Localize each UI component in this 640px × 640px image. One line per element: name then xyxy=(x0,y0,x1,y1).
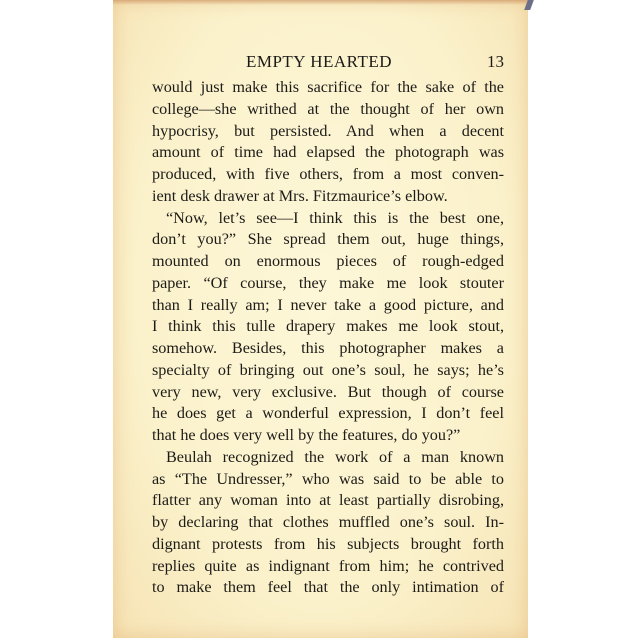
text-line: paper. “Of course, they make me look sto… xyxy=(152,273,504,295)
body-text: would just make this sacrifice for the s… xyxy=(152,77,504,599)
text-line: as “The Undresser,” who was said to be a… xyxy=(152,469,504,491)
text-line: to make them feel that the only intimati… xyxy=(152,577,504,599)
text-line: would just make this sacrifice for the s… xyxy=(152,77,504,99)
text-line: I think this tulle drapery makes me look… xyxy=(152,316,504,338)
paragraph-start-line: Beulah recognized the work of a man know… xyxy=(152,447,504,469)
running-title: EMPTY HEARTED xyxy=(152,52,504,72)
text-line: hypocrisy, but persisted. And when a dec… xyxy=(152,121,504,143)
running-head: EMPTY HEARTED 13 xyxy=(152,52,504,76)
text-line: somehow. Besides, this photographer make… xyxy=(152,338,504,360)
text-line: than I really am; I never take a good pi… xyxy=(152,295,504,317)
text-line: specialty of bringing out one’s soul, he… xyxy=(152,360,504,382)
text-line: by declaring that clothes muffled one’s … xyxy=(152,512,504,534)
text-line: that he does very well by the features, … xyxy=(152,425,504,447)
text-line: don’t you?” She spread them out, huge th… xyxy=(152,229,504,251)
text-line: college—she writhed at the thought of he… xyxy=(152,99,504,121)
text-line: flatter any woman into at least partiall… xyxy=(152,490,504,512)
book-page: EMPTY HEARTED 13 would just make this sa… xyxy=(113,0,528,638)
text-line: dignant protests from his subjects broug… xyxy=(152,534,504,556)
text-line: very new, very exclusive. But though of … xyxy=(152,382,504,404)
paragraph-start-line: “Now, let’s see—I think this is the best… xyxy=(152,208,504,230)
text-line: produced, with five others, from a most … xyxy=(152,164,504,186)
text-line: replies quite as indignant from him; he … xyxy=(152,556,504,578)
text-line: he does get a wonderful expression, I do… xyxy=(152,403,504,425)
text-line: amount of time had elapsed the photograp… xyxy=(152,142,504,164)
page-number: 13 xyxy=(487,52,504,72)
text-line: mounted on enormous pieces of rough-edge… xyxy=(152,251,504,273)
text-line: ient desk drawer at Mrs. Fitzmaurice’s e… xyxy=(152,186,504,208)
